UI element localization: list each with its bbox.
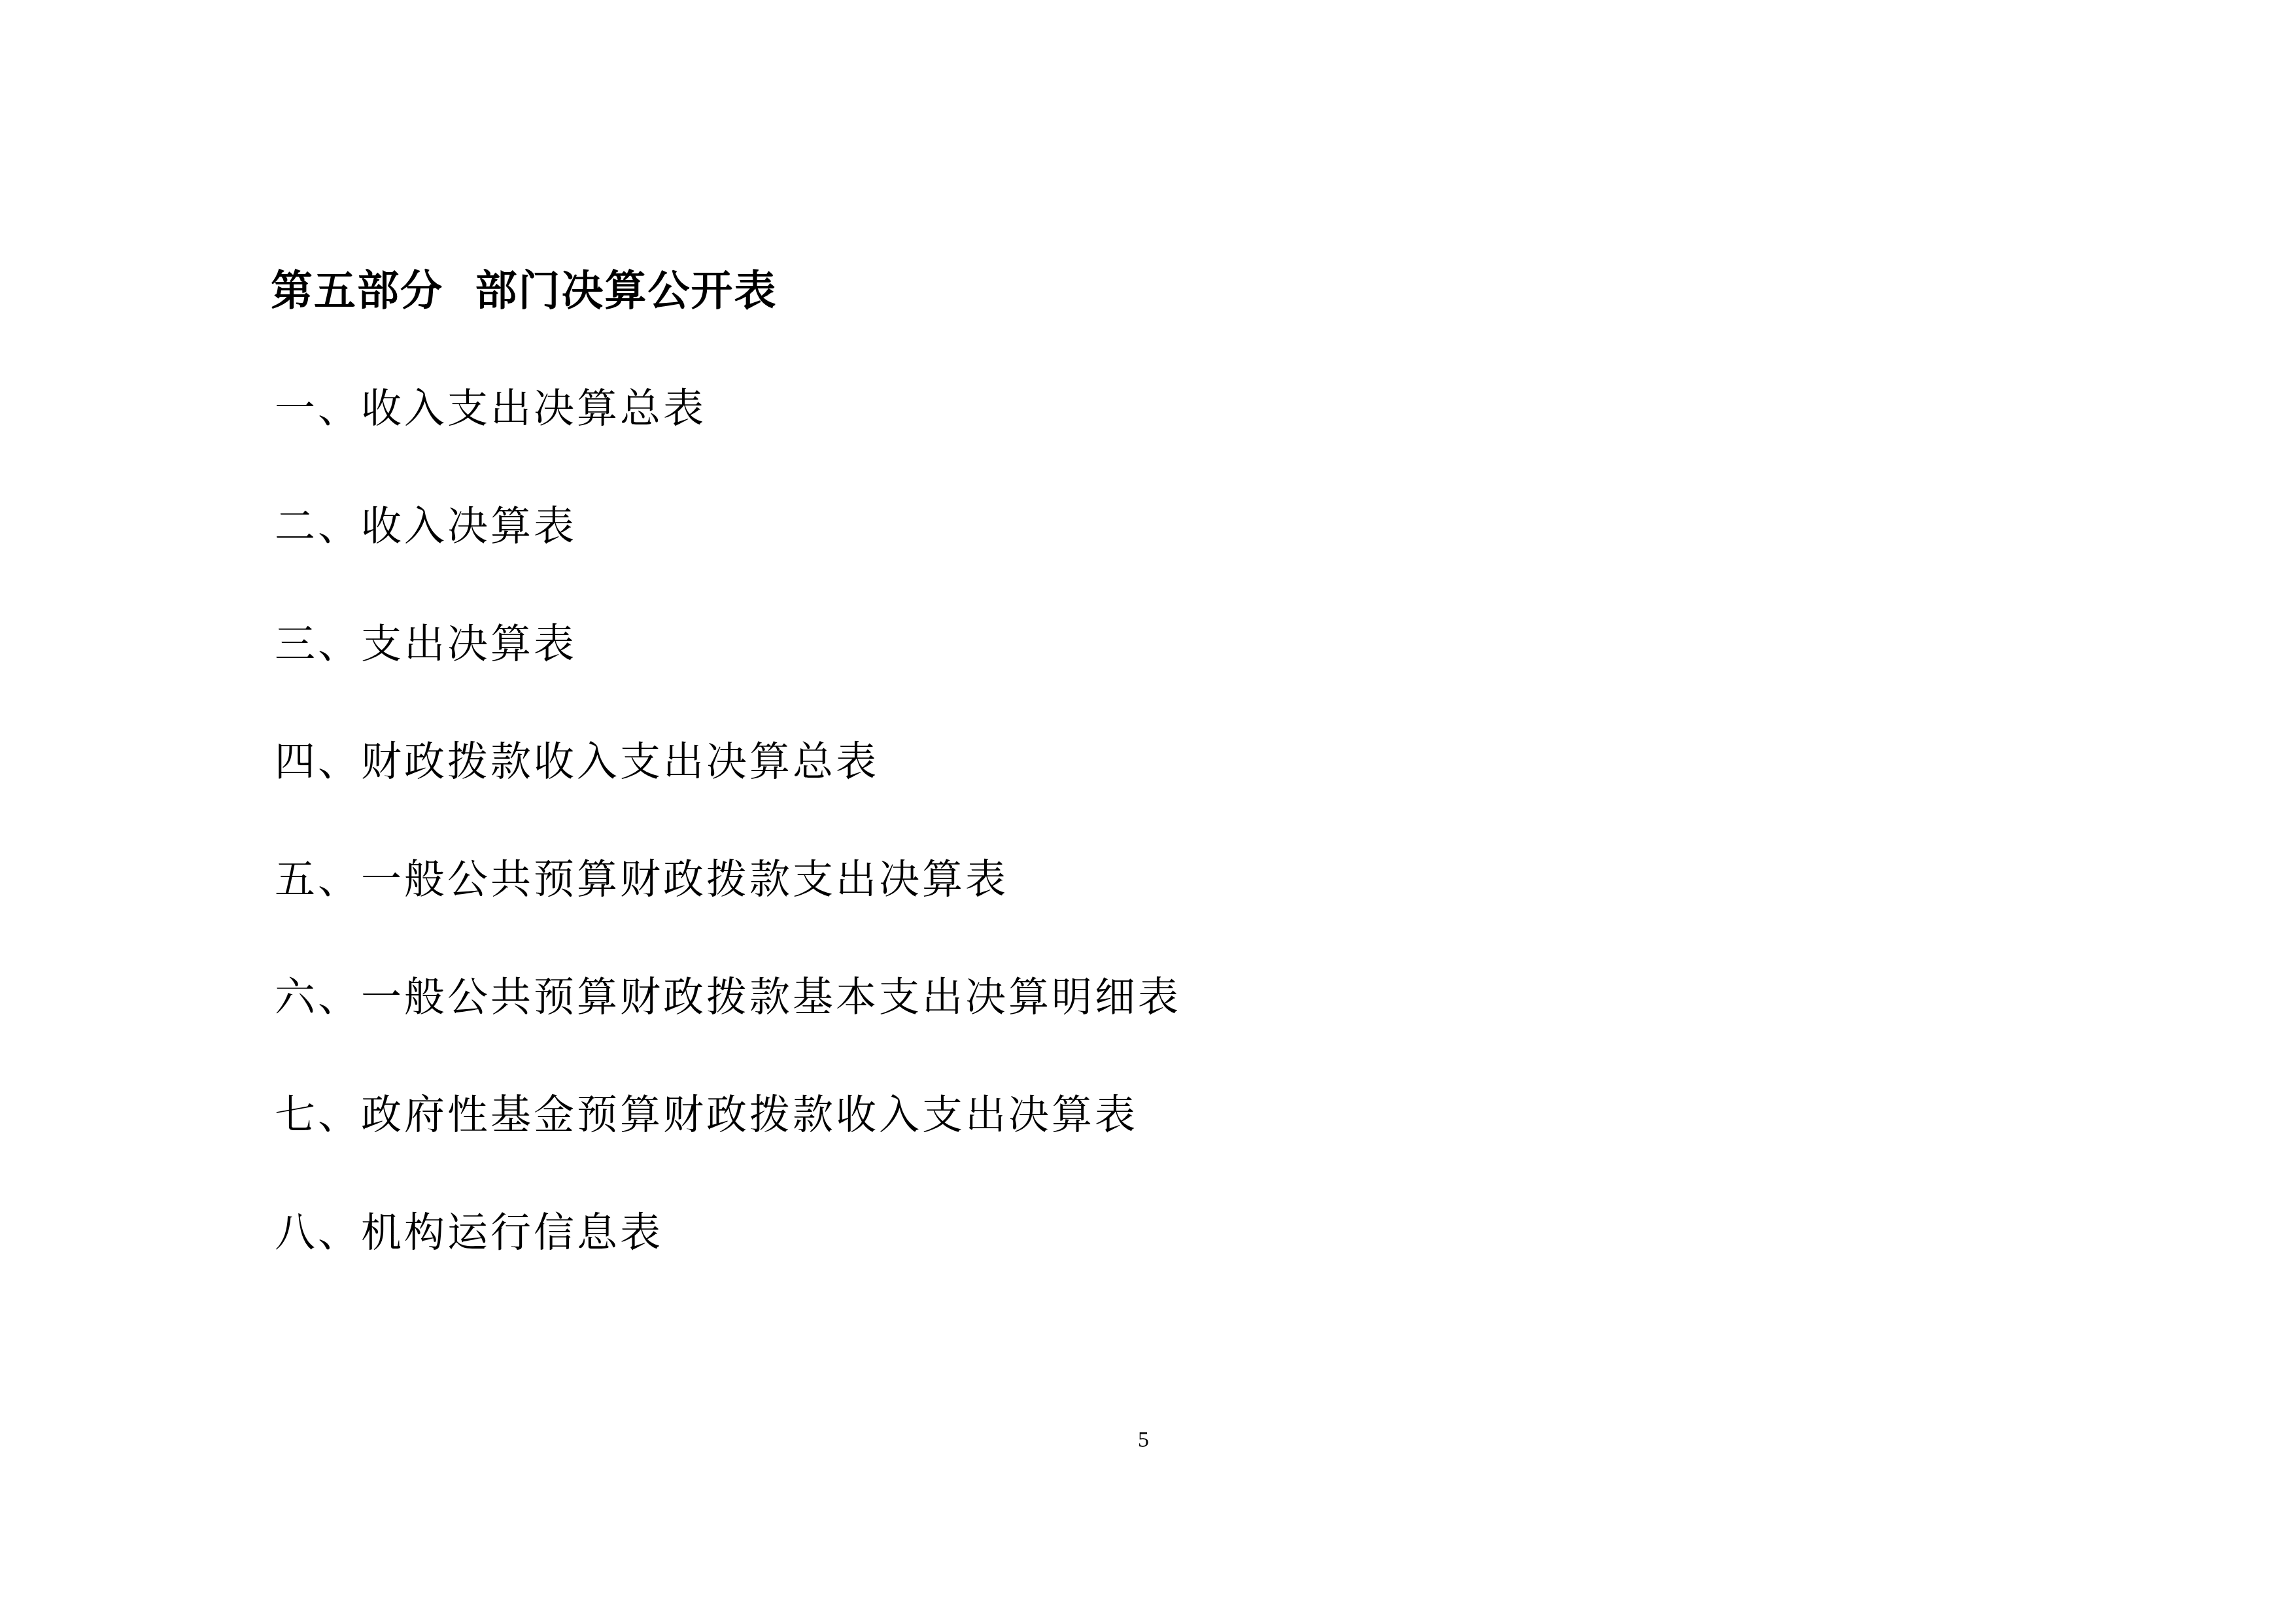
document-page: 第五部分 部门决算公开表 一、收入支出决算总表 二、收入决算表 三、支出决算表 … xyxy=(0,0,2296,1624)
toc-item: 五、一般公共预算财政拨款支出决算表 xyxy=(275,850,1181,968)
section-title: 第五部分 部门决算公开表 xyxy=(271,262,778,320)
toc-item: 七、政府性基金预算财政拨款收入支出决算表 xyxy=(275,1086,1181,1203)
toc-item: 三、支出决算表 xyxy=(275,615,1181,733)
toc-item: 一、收入支出决算总表 xyxy=(275,379,1181,497)
toc-item: 四、财政拨款收入支出决算总表 xyxy=(275,733,1181,850)
page-number: 5 xyxy=(1138,1427,1149,1453)
table-of-contents: 一、收入支出决算总表 二、收入决算表 三、支出决算表 四、财政拨款收入支出决算总… xyxy=(275,379,1181,1321)
toc-item: 二、收入决算表 xyxy=(275,497,1181,615)
toc-item: 八、机构运行信息表 xyxy=(275,1203,1181,1321)
toc-item: 六、一般公共预算财政拨款基本支出决算明细表 xyxy=(275,968,1181,1086)
